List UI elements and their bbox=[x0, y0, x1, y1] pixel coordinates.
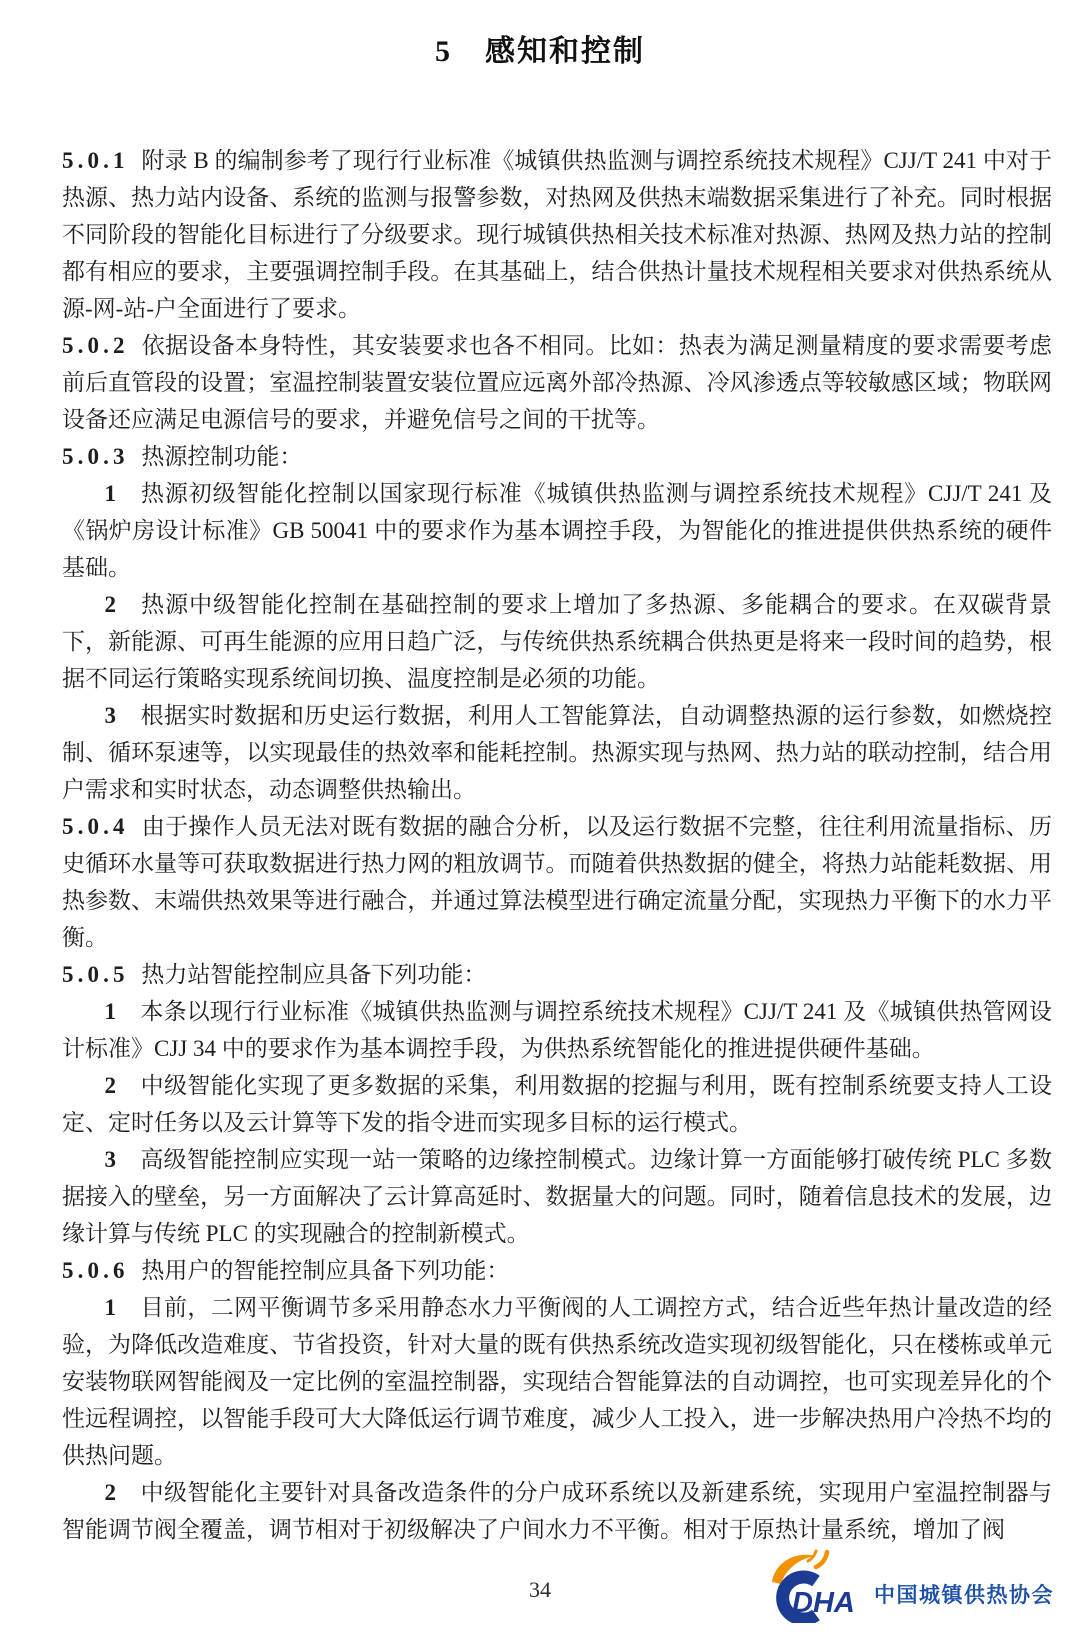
clause-text: 依据设备本身特性，其安装要求也各不相同。比如：热表为满足测量精度的要求需要考虑前… bbox=[62, 333, 1052, 432]
clause-number: 5.0.5 bbox=[62, 962, 129, 987]
sub-item-paragraph: 1热源初级智能化控制以国家现行标准《城镇供热监测与调控系统技术规程》CJJ/T … bbox=[62, 475, 1052, 586]
clause-text: 热用户的智能控制应具备下列功能： bbox=[141, 1258, 509, 1283]
association-name: 中国城镇供热协会 bbox=[874, 1579, 1054, 1609]
sub-item-number: 1 bbox=[105, 481, 117, 506]
sub-item-text: 中级智能化主要针对具备改造条件的分户成环系统以及新建系统，实现用户室温控制器与智… bbox=[62, 1480, 1052, 1542]
sub-item-number: 3 bbox=[105, 703, 117, 728]
sub-item-paragraph: 1目前，二网平衡调节多采用静态水力平衡阀的人工调控方式，结合近些年热计量改造的经… bbox=[62, 1289, 1052, 1474]
clause-paragraph: 5.0.4由于操作人员无法对既有数据的融合分析，以及运行数据不完整，往往利用流量… bbox=[62, 808, 1052, 956]
sub-item-paragraph: 2中级智能化实现了更多数据的采集，利用数据的挖掘与利用，既有控制系统要支持人工设… bbox=[62, 1067, 1052, 1141]
document-page: 5感知和控制 5.0.1附录 B 的编制参考了现行行业标准《城镇供热监测与调控系… bbox=[0, 0, 1080, 1635]
sub-item-text: 热源中级智能化控制在基础控制的要求上增加了多热源、多能耦合的要求。在双碳背景下，… bbox=[62, 592, 1052, 691]
clause-number: 5.0.4 bbox=[62, 814, 129, 839]
sub-item-text: 本条以现行行业标准《城镇供热监测与调控系统技术规程》CJJ/T 241 及《城镇… bbox=[62, 999, 1052, 1061]
clause-paragraph: 5.0.2依据设备本身特性，其安装要求也各不相同。比如：热表为满足测量精度的要求… bbox=[62, 327, 1052, 438]
sub-item-number: 3 bbox=[105, 1147, 117, 1172]
clause-number: 5.0.2 bbox=[62, 333, 129, 358]
sub-item-paragraph: 1本条以现行行业标准《城镇供热监测与调控系统技术规程》CJJ/T 241 及《城… bbox=[62, 993, 1052, 1067]
sub-item-paragraph: 2热源中级智能化控制在基础控制的要求上增加了多热源、多能耦合的要求。在双碳背景下… bbox=[62, 586, 1052, 697]
sub-item-text: 根据实时数据和历史运行数据，利用人工智能算法，自动调整热源的运行参数，如燃烧控制… bbox=[62, 703, 1052, 802]
sub-item-text: 目前，二网平衡调节多采用静态水力平衡阀的人工调控方式，结合近些年热计量改造的经验… bbox=[62, 1295, 1052, 1468]
sub-item-text: 高级智能控制应实现一站一策略的边缘控制模式。边缘计算一方面能够打破传统 PLC … bbox=[62, 1147, 1052, 1246]
sub-item-number: 1 bbox=[105, 1295, 117, 1320]
page-title: 5感知和控制 bbox=[0, 26, 1080, 70]
clause-paragraph: 5.0.3热源控制功能： bbox=[62, 438, 1052, 475]
wave-icon-large bbox=[816, 1552, 827, 1567]
clause-text: 附录 B 的编制参考了现行行业标准《城镇供热监测与调控系统技术规程》CJJ/T … bbox=[62, 148, 1052, 321]
clause-text: 热源控制功能： bbox=[141, 444, 302, 469]
clause-paragraph: 5.0.5热力站智能控制应具备下列功能： bbox=[62, 956, 1052, 993]
sub-item-number: 2 bbox=[105, 592, 117, 617]
cdha-logo-mark: DHA bbox=[760, 1549, 866, 1623]
clause-number: 5.0.6 bbox=[62, 1258, 129, 1283]
sub-item-paragraph: 2中级智能化主要针对具备改造条件的分户成环系统以及新建系统，实现用户室温控制器与… bbox=[62, 1474, 1052, 1548]
chapter-number: 5 bbox=[435, 35, 452, 68]
sub-item-text: 中级智能化实现了更多数据的采集，利用数据的挖掘与利用，既有控制系统要支持人工设定… bbox=[62, 1073, 1052, 1135]
sub-item-number: 2 bbox=[105, 1480, 117, 1505]
clause-number: 5.0.1 bbox=[62, 148, 129, 173]
clause-text: 由于操作人员无法对既有数据的融合分析，以及运行数据不完整，往往利用流量指标、历史… bbox=[62, 814, 1052, 950]
clause-paragraph: 5.0.1附录 B 的编制参考了现行行业标准《城镇供热监测与调控系统技术规程》C… bbox=[62, 142, 1052, 327]
sub-item-number: 2 bbox=[105, 1073, 117, 1098]
sub-item-paragraph: 3根据实时数据和历史运行数据，利用人工智能算法，自动调整热源的运行参数，如燃烧控… bbox=[62, 697, 1052, 808]
association-logo: DHA 中国城镇供热协会 bbox=[760, 1549, 1054, 1623]
sub-item-text: 热源初级智能化控制以国家现行标准《城镇供热监测与调控系统技术规程》CJJ/T 2… bbox=[62, 481, 1052, 580]
document-body: 5.0.1附录 B 的编制参考了现行行业标准《城镇供热监测与调控系统技术规程》C… bbox=[0, 70, 1080, 1548]
clause-text: 热力站智能控制应具备下列功能： bbox=[141, 962, 486, 987]
sub-item-number: 1 bbox=[105, 999, 117, 1024]
chapter-name: 感知和控制 bbox=[485, 35, 645, 68]
sub-item-paragraph: 3高级智能控制应实现一站一策略的边缘控制模式。边缘计算一方面能够打破传统 PLC… bbox=[62, 1141, 1052, 1252]
clause-number: 5.0.3 bbox=[62, 444, 129, 469]
clause-paragraph: 5.0.6热用户的智能控制应具备下列功能： bbox=[62, 1252, 1052, 1289]
logo-abbr: DHA bbox=[792, 1587, 855, 1619]
